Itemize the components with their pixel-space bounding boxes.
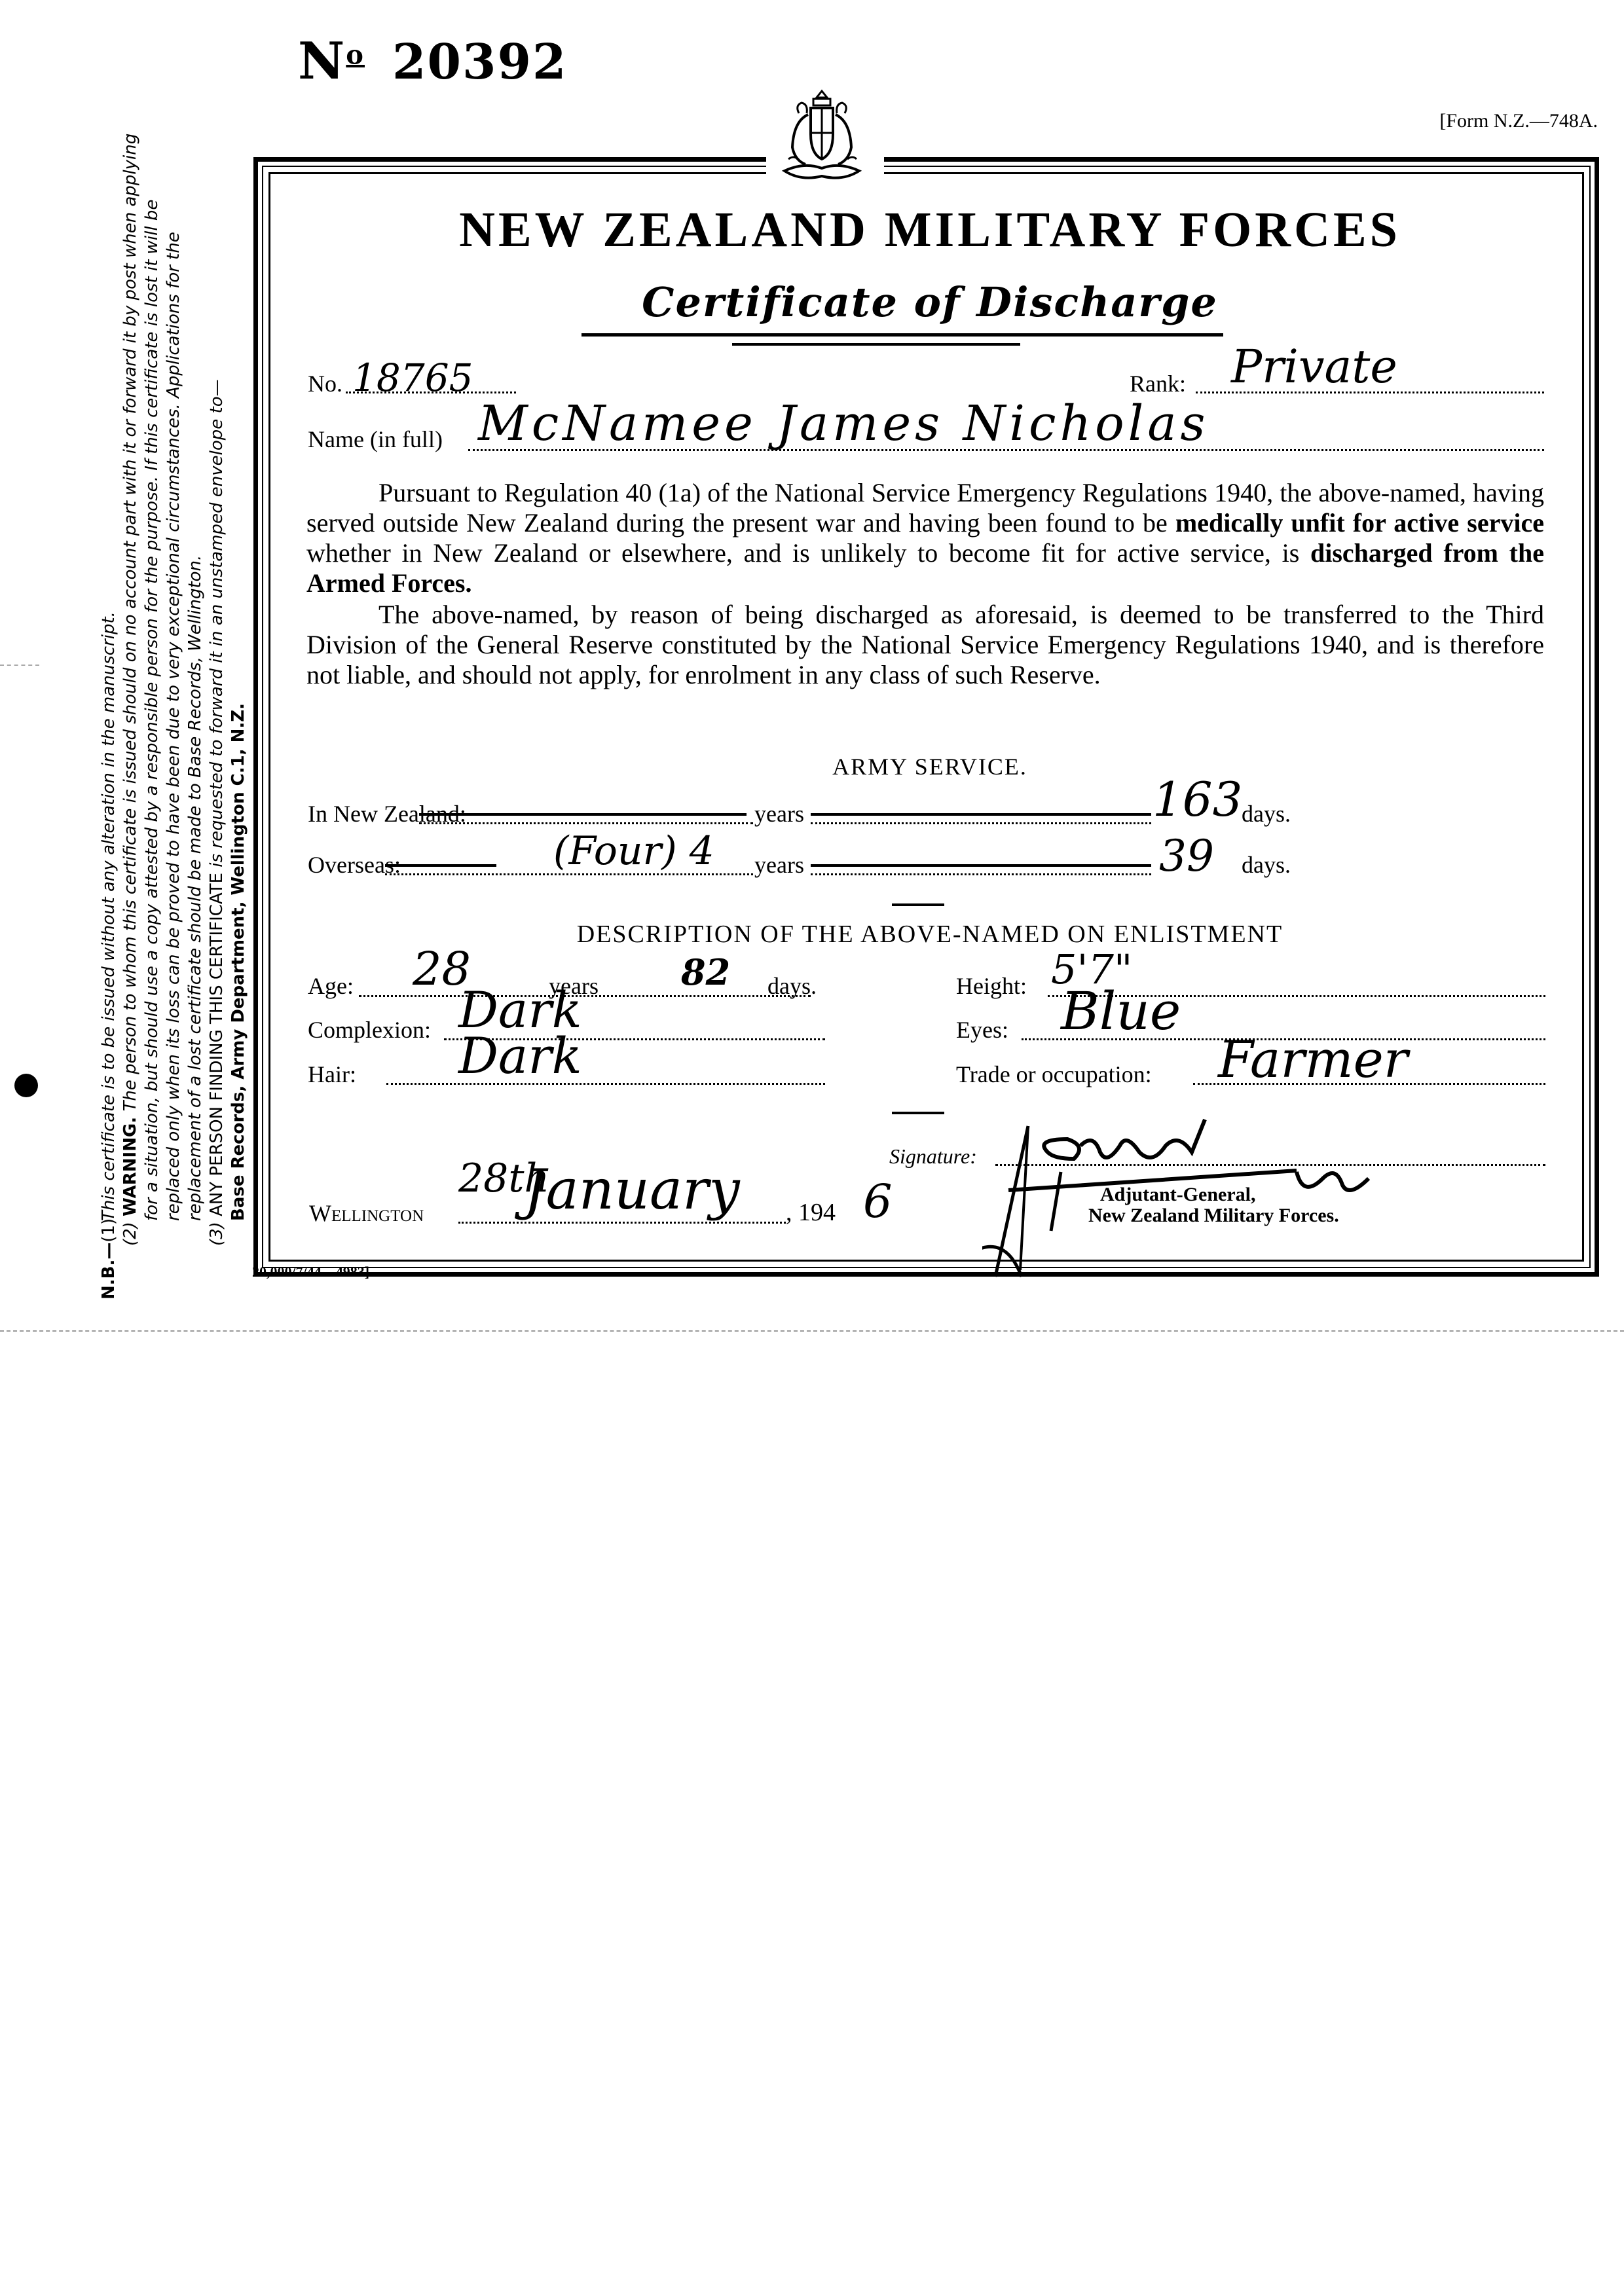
reserve-paragraph: The above-named, by reason of being disc… <box>306 600 1544 690</box>
overseas-days-label: days. <box>1242 851 1291 879</box>
date-line <box>458 1222 786 1224</box>
paper-mark <box>0 665 39 666</box>
note-3-caps: ANY PERSON FINDING THIS CERTIFICATE <box>207 873 227 1216</box>
date-year-prefix: , 194 <box>786 1198 836 1227</box>
rank-label: Rank: <box>1130 370 1186 397</box>
overseas-days-line <box>811 873 1151 875</box>
note-3-num: (3) <box>207 1222 227 1246</box>
number-label: No. <box>308 370 342 397</box>
in-nz-days-label: days. <box>1242 800 1291 828</box>
note-3-address: Base Records, Army Department, Wellingto… <box>229 703 248 1221</box>
age-label: Age: <box>308 972 354 1000</box>
section-divider <box>892 903 944 906</box>
service-number-value: 18765 <box>352 359 473 397</box>
age-days-label: days. <box>767 972 817 1000</box>
paper-fold-line <box>0 1330 1624 1332</box>
medically-unfit-emphasis: medically unfit for active service <box>1175 508 1544 538</box>
in-nz-days-dash <box>811 813 1151 816</box>
complexion-label: Complexion: <box>308 1016 431 1044</box>
side-note: N.B.—(1)This certificate is to be issued… <box>98 121 249 1300</box>
trade-value: Farmer <box>1218 1034 1408 1085</box>
age-days-value: 82 <box>681 955 730 990</box>
in-nz-years-dash <box>419 813 747 816</box>
in-nz-years-label: years <box>754 800 804 828</box>
rank-value: Private <box>1231 344 1397 390</box>
trade-label: Trade or occupation: <box>956 1061 1152 1088</box>
note-1-text: This certificate is to be issued without… <box>99 611 119 1221</box>
ink-blot <box>14 1074 38 1097</box>
paragraph1-text-cont: whether in New Zealand or elsewhere, and… <box>306 538 1310 568</box>
height-label: Height: <box>956 972 1027 1000</box>
section-divider-2 <box>892 1112 944 1114</box>
signatory-title-2: New Zealand Military Forces. <box>1088 1205 1339 1227</box>
serial-prefix: N <box>298 31 346 91</box>
overseas-days-dash <box>811 864 1151 867</box>
title-underline-short <box>732 343 1020 346</box>
paragraph2-text: The above-named, by reason of being disc… <box>306 600 1544 689</box>
signature-scrawl <box>982 1113 1559 1283</box>
hair-line <box>386 1083 825 1085</box>
note-3-text: is requested to forward it in an unstamp… <box>207 379 227 873</box>
discharge-paragraph: Pursuant to Regulation 40 (1a) of the Na… <box>306 478 1544 598</box>
name-label: Name (in full) <box>308 426 443 453</box>
document-title: Certificate of Discharge <box>275 278 1585 326</box>
signatory-title-1: Adjutant-General, <box>1100 1184 1255 1206</box>
hair-value: Dark <box>458 1031 582 1081</box>
overseas-years-value: (Four) 4 <box>553 831 714 871</box>
army-service-heading: ARMY SERVICE. <box>275 753 1585 780</box>
serial-number: No20392 <box>298 31 567 91</box>
date-place: Wellington <box>309 1199 424 1227</box>
date-month-value: January <box>524 1162 740 1217</box>
note-1-num: (1) <box>99 1218 119 1243</box>
overseas-years-label: years <box>754 851 804 879</box>
serial-value: 20392 <box>392 34 567 90</box>
date-year-suffix: 6 <box>863 1178 893 1224</box>
overseas-days-value: 39 <box>1159 835 1214 878</box>
in-nz-days-line <box>811 822 1151 824</box>
description-heading: DESCRIPTION OF THE ABOVE-NAMED ON ENLIST… <box>275 920 1585 949</box>
title-underline <box>581 333 1223 337</box>
in-nz-years-line <box>419 822 753 824</box>
eyes-value: Blue <box>1061 985 1181 1038</box>
form-reference: [Form N.Z.—748A. <box>1439 110 1598 132</box>
nb-prefix: N.B.— <box>99 1243 119 1300</box>
full-name-value: McNamee James Nicholas <box>478 399 1209 448</box>
note-2-num: (2) <box>120 1222 140 1246</box>
warning-label: WARNING. <box>120 1117 140 1216</box>
eyes-label: Eyes: <box>956 1016 1008 1044</box>
serial-prefix-sup: o <box>346 39 365 70</box>
note-2-text: The person to whom this certificate is i… <box>120 134 205 1221</box>
hair-label: Hair: <box>308 1061 356 1088</box>
coat-of-arms-icon <box>779 88 864 187</box>
org-title: NEW ZEALAND MILITARY FORCES <box>275 202 1585 259</box>
in-nz-days-value: 163 <box>1153 776 1242 823</box>
print-reference: 20,000/7/44—4983] <box>252 1264 369 1281</box>
signature-label: Signature: <box>889 1144 977 1169</box>
overseas-dash <box>385 864 496 867</box>
